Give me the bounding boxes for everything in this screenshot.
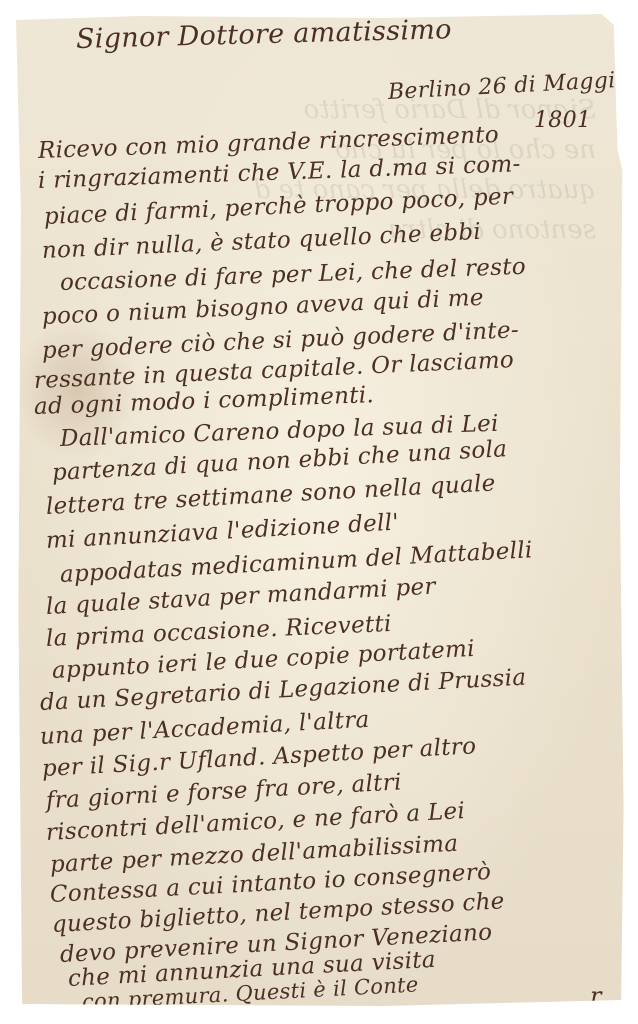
scanned-letter-page: Signor dl Dario feritto ne cho lo per lu… (0, 0, 638, 1024)
salutation: Signor Dottore amatissimo (76, 14, 453, 55)
letter-body: Signor Dottore amatissimo Berlino 26 di … (16, 10, 626, 1010)
catchword: r. (590, 982, 607, 1010)
date-year: 1801 (534, 108, 591, 133)
place-date: Berlino 26 di Maggio (387, 67, 629, 105)
paper-sheet: Signor dl Dario feritto ne cho lo per lu… (16, 10, 626, 1010)
